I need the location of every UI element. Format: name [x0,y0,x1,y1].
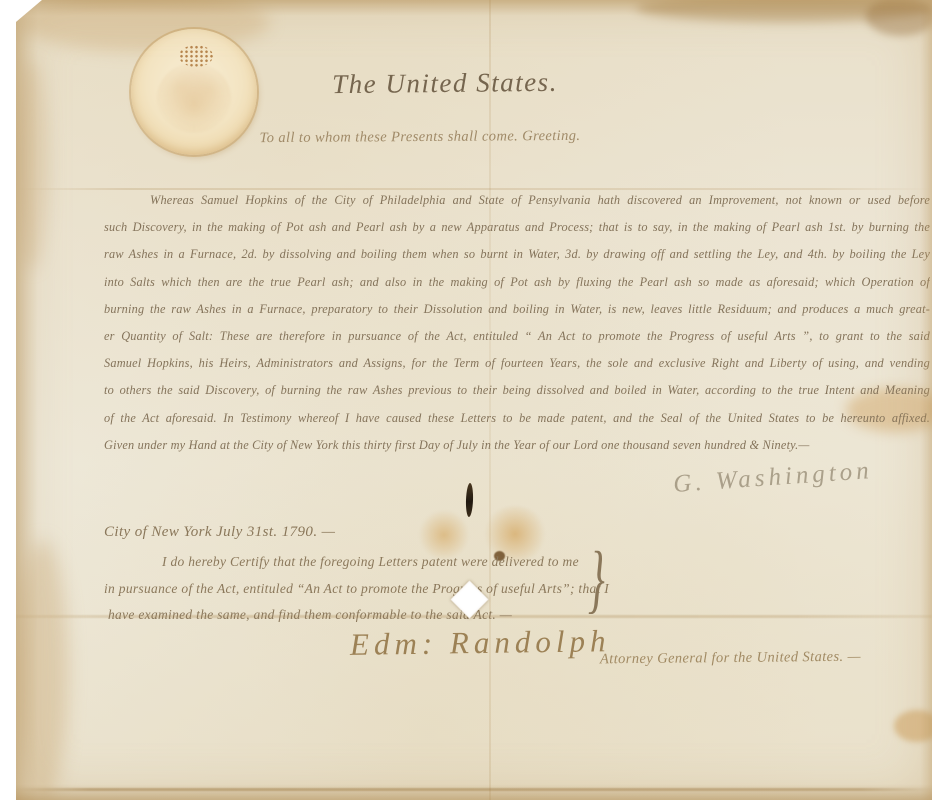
body-line: raw Ashes in a Furnace, 2d. by dissolvin… [104,241,930,268]
stain-mark [418,510,470,560]
scanned-document-photo: The United States. To all to whom these … [0,0,947,800]
certification-line: I do hereby Certify that the foregoing L… [162,554,579,570]
certification-line: have examined the same, and find them co… [108,607,512,623]
body-line: of the Act aforesaid. In Testimony where… [104,405,930,432]
ink-blot-slit [465,483,473,517]
body-line: Whereas Samuel Hopkins of the City of Ph… [104,187,930,214]
body-line: to others the said Discovery, of burning… [104,377,930,404]
attorney-signature: Edm: Randolph [350,623,611,663]
body-line: Given under my Hand at the City of New Y… [104,432,930,459]
dateline: City of New York July 31st. 1790. — [104,524,335,541]
stain-mark [16,540,68,800]
body-line: burning the raw Ashes in a Furnace, prep… [104,296,930,323]
certification-line: in pursuance of the Act, entituled “An A… [104,581,609,597]
stain-mark [866,0,936,36]
body-line: such Discovery, in the making of Pot ash… [104,214,930,241]
stain-mark [16,60,48,270]
attorney-title-text: Attorney General for the United States. … [600,649,861,669]
president-signature: G. Washington [617,453,928,503]
body-text-block: Whereas Samuel Hopkins of the City of Ph… [104,187,930,459]
body-line: Samuel Hopkins, his Heirs, Administrator… [104,350,930,377]
stain-mark [894,710,940,742]
parchment-sheet: The United States. To all to whom these … [16,0,932,800]
salutation-line: To all to whom these Presents shall come… [250,128,590,147]
stain-mark [636,0,936,22]
body-line: er Quantity of Salt: These are therefore… [104,323,930,350]
seal-eagle-emboss [157,63,231,133]
document-title: The United States. [280,66,610,100]
embossed-paper-seal [131,29,257,155]
bottom-edge [16,788,932,791]
brace-mark: } [588,541,605,617]
body-line: into Salts which then are the true Pearl… [104,269,930,296]
